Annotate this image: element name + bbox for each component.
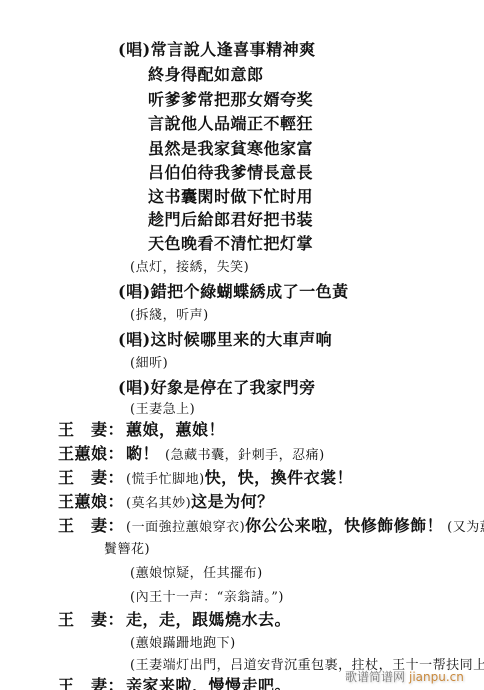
verse: 听爹爹常把那女婿夸奖 [148,90,313,110]
dialogue-text: 走，走，跟媽燒水去。 [126,610,291,629]
stage-direction: (拆綫，听声) [130,306,209,326]
stage-direction: (王妻急上) [130,400,195,420]
sung-line-1: (唱)常言說人逢喜事精神爽 [118,40,316,60]
speaker-label: 王 妻： [58,516,126,536]
stage-direction: (莫名其妙) [126,496,191,511]
site-watermark: 歌谱简谱网jianpu.cn [345,668,464,685]
dialogue-line: 王 妻：(一面強拉蕙娘穿衣)你公公来啦，快修飾修飾！(又为蕙娘整 [58,516,484,538]
speaker-label: 王蕙娘： [58,492,126,512]
verse-text: 常言說人逢喜事精神爽 [151,40,316,59]
stage-direction: (慌手忙脚地) [126,472,205,487]
verse: 这书囊閑时做下忙时用 [148,187,313,207]
dialogue-line: 王蕙娘：(莫名其妙)这是为何？ [58,492,274,514]
speaker-label: 王 妻： [58,610,126,630]
dialogue-text: 喲！ [126,444,159,463]
stage-direction: (又为蕙娘整 [447,520,484,535]
stage-direction: (急藏书囊，針刺手，忍痛) [165,448,325,463]
watermark-latin: jianpu.cn [409,670,464,684]
speaker-label: 王 妻： [58,468,126,488]
sing-marker: (唱) [118,378,151,397]
stage-direction: (蕙娘惊疑，任其擺布) [130,564,263,584]
verse-text: 这时候哪里来的大車声响 [151,330,333,349]
sung-line: (唱)这时候哪里来的大車声响 [118,330,332,350]
speaker-label: 王蕙娘： [58,444,126,464]
verse: 吕伯伯待我爹情長意長 [148,163,313,183]
dialogue-line: 王 妻：亲家来啦，慢慢走吧。 [58,676,291,690]
stage-direction: (內王十一声：“亲翁請。”) [130,588,284,608]
stage-direction: (蕙娘蹣跚地跑下) [130,634,236,654]
dialogue-line: 王 妻：(慌手忙脚地)快，快，換件衣裳！ [58,468,353,490]
sing-marker: (唱) [118,40,151,59]
sing-marker: (唱) [118,330,151,349]
speaker-label: 王 妻： [58,676,126,690]
sing-marker: (唱) [118,282,151,301]
sung-line: (唱)錯把个綠蝴蝶綉成了一色黃 [118,282,349,302]
verse: 天色晚看不清忙把灯掌 [148,234,313,254]
dialogue-text: 快，快，換件衣裳！ [205,468,354,487]
dialogue-line: 王 妻：走，走，跟媽燒水去。 [58,610,291,630]
verse-text: 好象是停在了我家門旁 [151,378,316,397]
dialogue-text: 你公公来啦，快修飾修飾！ [245,516,443,535]
verse: 終身得配如意郎 [148,65,264,85]
dialogue-text: 亲家来啦，慢慢走吧。 [126,676,291,690]
verse: 言說他人品端正不輕狂 [148,114,313,134]
stage-direction: (細听) [130,354,168,374]
watermark-cn: 歌谱简谱网 [345,670,405,684]
stage-direction: (点灯，接綉，失笑) [130,258,249,278]
verse: 虽然是我家貧寒他家富 [148,139,313,159]
dialogue-text: 蕙娘，蕙娘！ [126,420,225,439]
verse: 趁門后給郎君好把书装 [148,210,313,230]
dialogue-text: 这是为何？ [191,492,274,511]
verse-text: 錯把个綠蝴蝶綉成了一色黃 [151,282,349,301]
dialogue-line: 王蕙娘：喲！(急藏书囊，針刺手，忍痛) [58,444,325,466]
dialogue-line: 王 妻：蕙娘，蕙娘！ [58,420,225,440]
stage-direction-continued: 鬢簪花) [104,540,150,560]
speaker-label: 王 妻： [58,420,126,440]
stage-direction: (一面強拉蕙娘穿衣) [126,520,245,535]
sung-line: (唱)好象是停在了我家門旁 [118,378,316,398]
